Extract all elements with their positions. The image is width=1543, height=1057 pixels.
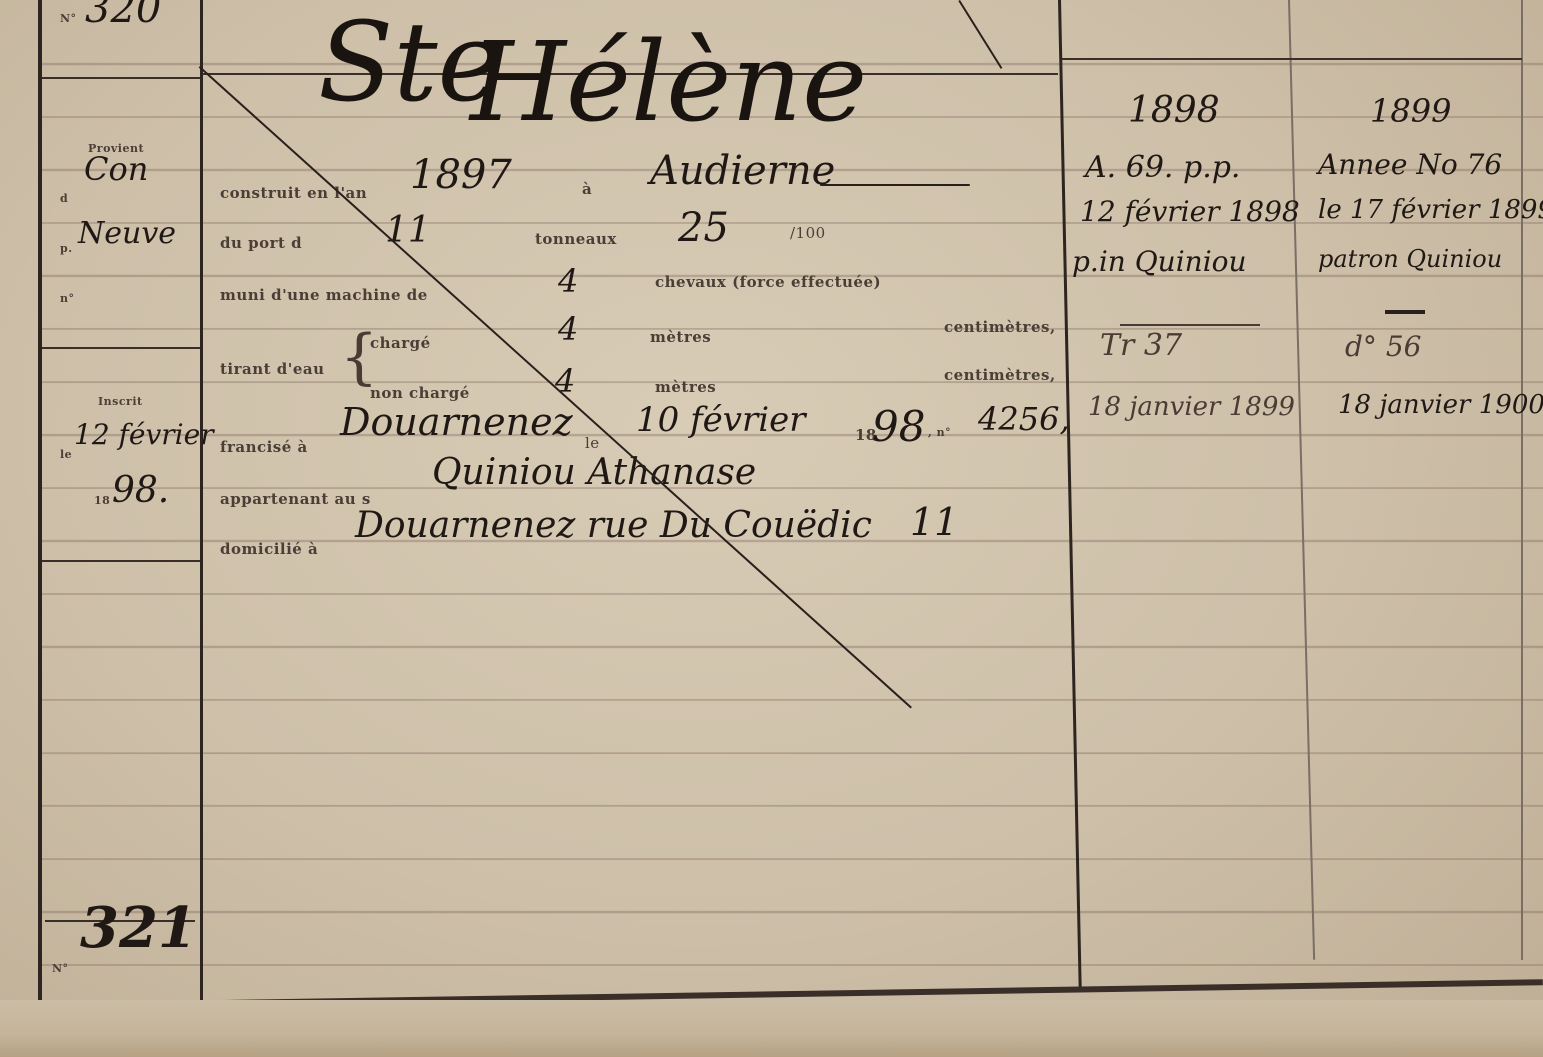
owner-value: Quiniou Athanase	[432, 452, 756, 493]
loaded-value: 4	[558, 310, 578, 348]
provenance-no-label: n°	[60, 292, 75, 305]
unloaded-cm-label: centimètres,	[944, 366, 1056, 384]
francise-date-label: le	[585, 434, 600, 452]
built-place-flourish	[820, 184, 970, 186]
provenance-prefix-d: d	[60, 192, 68, 205]
built-year-value: 1897	[410, 152, 512, 198]
engine-label: muni d'une machine de	[220, 286, 428, 304]
loaded-cm-label: centimètres,	[944, 318, 1056, 336]
loaded-metres-label: mètres	[650, 328, 711, 346]
provenance-prefix-p: p.	[60, 242, 73, 255]
domicile-label: domicilié à	[220, 540, 318, 558]
tonnage-fraction-value: 25	[678, 205, 729, 251]
tonnage-fraction-suffix: /100	[790, 224, 826, 242]
loaded-label: chargé	[370, 334, 431, 352]
inscription-le-label: le	[60, 448, 72, 461]
draught-label: tirant d'eau	[220, 360, 325, 378]
year-1898-line2: 12 février 1898	[1080, 195, 1300, 228]
page-bottom-edge	[0, 1000, 1543, 1057]
year-1899-line3: patron Quiniou	[1318, 245, 1502, 273]
built-place-label: à	[582, 180, 592, 198]
built-place-value: Audierne	[650, 148, 835, 194]
year-1899-header: 1899	[1370, 92, 1451, 130]
domicile-value: Douarnenez rue Du Couëdic	[355, 505, 872, 546]
year-1899-line4: d° 56	[1345, 330, 1421, 363]
provenance-value-1: Con	[84, 150, 148, 188]
inscription-year-value: 98.	[112, 470, 169, 511]
port-label: du port d	[220, 234, 302, 252]
year-1898-line1: A. 69. p.p.	[1085, 150, 1240, 185]
year-1899-line2: le 17 février 1899	[1318, 195, 1543, 225]
francise-label: francisé à	[220, 438, 308, 456]
year-1898-header: 1898	[1128, 90, 1220, 131]
top-no-value: 320	[85, 0, 161, 32]
provenance-value-2: Neuve	[78, 216, 176, 251]
francise-date-value: 10 février	[636, 400, 806, 440]
year-1898-line3: p.in Quiniou	[1072, 245, 1247, 278]
domicile-number: 11	[910, 500, 958, 544]
francise-place-value: Douarnenez	[340, 400, 573, 444]
year-1898-line4: Tr 37	[1100, 328, 1182, 363]
inscription-date: 12 février	[74, 418, 214, 451]
left-divider-3	[42, 560, 200, 562]
top-no-label: N°	[60, 12, 77, 25]
francise-no-value: 4256,	[978, 400, 1070, 438]
draught-brace: {	[340, 322, 378, 392]
port-value: 11	[385, 210, 431, 251]
year-1899-line1: Annee No 76	[1318, 148, 1502, 181]
year-1898-line5: 18 janvier 1899	[1088, 392, 1295, 422]
francise-no-label: , n°	[928, 426, 951, 439]
francise-year-value: 98	[872, 402, 925, 451]
owner-label: appartenant au s	[220, 490, 371, 508]
left-divider-1	[42, 77, 200, 79]
left-column-divider	[200, 0, 203, 1000]
horsepower-label: chevaux (force effectuée)	[655, 273, 881, 291]
left-divider-2	[42, 347, 200, 349]
register-page: N° 320 Provient d Con p. Neuve n° Inscri…	[0, 0, 1543, 1057]
unloaded-metres-label: mètres	[655, 378, 716, 396]
right-column-divider	[1521, 0, 1523, 960]
bottom-no-value: 321	[80, 895, 197, 961]
inscription-year-prefix: 18	[94, 494, 110, 507]
year-top-divider	[1062, 58, 1522, 60]
engine-value: 4	[558, 262, 578, 300]
bottom-no-label: N°	[52, 962, 69, 975]
inscription-label: Inscrit	[98, 395, 143, 408]
tonnage-label: tonneaux	[535, 230, 617, 248]
year-1898-overline	[1120, 324, 1260, 326]
year-1899-dash	[1385, 310, 1425, 314]
left-border	[38, 0, 42, 1010]
ship-name: Hélène	[470, 18, 867, 146]
year-1899-line5: 18 janvier 1900	[1338, 390, 1543, 420]
